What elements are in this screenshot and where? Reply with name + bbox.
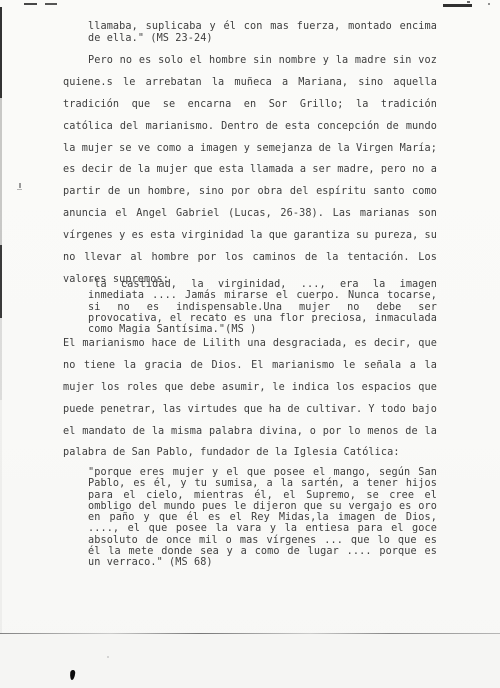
text-line: católica del marianismo. Dentro de esta … bbox=[63, 116, 437, 138]
text-line: mujer los roles que debe asumir, le indi… bbox=[63, 377, 437, 399]
text-line: absoluto de once mil o mas vírgenes ... … bbox=[88, 535, 437, 546]
scan-faint-dot bbox=[107, 656, 109, 658]
text-line: vírgenes y es esta virginidad la que gar… bbox=[63, 225, 437, 247]
text-line: provocativa, el recato es una flor preci… bbox=[88, 313, 437, 324]
block-paragraph-tradicion: Pero no es solo el hombre sin nombre y l… bbox=[63, 50, 437, 291]
margin-smudge-base bbox=[17, 189, 22, 190]
block-quote-san-pablo: "porque eres mujer y el que posee el man… bbox=[88, 467, 437, 569]
text-line: quiene.s le arrebatan la muñeca a Marian… bbox=[63, 72, 437, 94]
text-line: "porque eres mujer y el que posee el man… bbox=[88, 467, 437, 478]
text-line: de ella." (MS 23-24) bbox=[88, 33, 437, 45]
text-line: no llevar al hombre por los caminos de l… bbox=[63, 247, 437, 269]
scan-page-edge-line bbox=[0, 633, 500, 634]
text-line: llamaba, suplicaba y él con mas fuerza, … bbox=[88, 21, 437, 33]
text-line: para el cielo, mientras él, el Supremo, … bbox=[88, 490, 437, 501]
block-paragraph-lilith: El marianismo hace de Lilith una desgrac… bbox=[63, 333, 437, 464]
block-quote-castidad: "la castidad, la virginidad, ..., era la… bbox=[88, 279, 437, 335]
scan-dash-top-left-2 bbox=[45, 3, 57, 5]
scan-speck-top-right-1 bbox=[467, 1, 470, 3]
block-quote-continuation: llamaba, suplicaba y él con mas fuerza, … bbox=[88, 21, 437, 45]
text-line: inmediata .... Jamás mirarse el cuerpo. … bbox=[88, 290, 437, 301]
text-line: ...., el que posee la vara y la entiesa … bbox=[88, 523, 437, 534]
text-line: El marianismo hace de Lilith una desgrac… bbox=[63, 333, 437, 355]
margin-smudge-mark bbox=[17, 182, 22, 191]
text-line: puede penetrar, las virtudes que ha de c… bbox=[63, 399, 437, 421]
text-line: si no es indispensable.Una mujer no debe… bbox=[88, 302, 437, 313]
text-line: tradición que se encarna en Sor Grillo; … bbox=[63, 94, 437, 116]
text-line: es decir de la mujer que esta llamada a … bbox=[63, 159, 437, 181]
scan-edge-left-line bbox=[0, 0, 2, 688]
scan-bed-area bbox=[0, 634, 500, 688]
text-line: partir de un hombre, sino por obra del e… bbox=[63, 181, 437, 203]
text-line: Pablo, es él, y tu sumisa, a la sartén, … bbox=[88, 478, 437, 489]
scan-dash-top-right bbox=[443, 4, 472, 7]
text-line: un verraco." (MS 68) bbox=[88, 557, 437, 568]
text-line: en paño y que él es el Rey Midas,la imag… bbox=[88, 512, 437, 523]
margin-smudge-stem bbox=[19, 183, 21, 188]
text-line: Pero no es solo el hombre sin nombre y l… bbox=[63, 50, 437, 72]
scan-dash-top-left-1 bbox=[24, 3, 37, 5]
text-line: anuncia el Angel Gabriel (Lucas, 26-38).… bbox=[63, 203, 437, 225]
document-page: llamaba, suplicaba y él con mas fuerza, … bbox=[0, 0, 500, 688]
text-line: ombligo del mundo pues le dijeron que su… bbox=[88, 501, 437, 512]
scan-speck-top-right-2 bbox=[488, 3, 490, 5]
text-line: "la castidad, la virginidad, ..., era la… bbox=[88, 279, 437, 290]
text-line: no tiene la gracia de Dios. El marianism… bbox=[63, 355, 437, 377]
text-line: la mujer se ve como a imagen y semejanza… bbox=[63, 138, 437, 160]
text-line: él la mete donde sea y a como de lugar .… bbox=[88, 546, 437, 557]
text-line: palabra de San Pablo, fundador de la Igl… bbox=[63, 442, 437, 464]
text-line: el mandato de la misma palabra divina, o… bbox=[63, 421, 437, 443]
